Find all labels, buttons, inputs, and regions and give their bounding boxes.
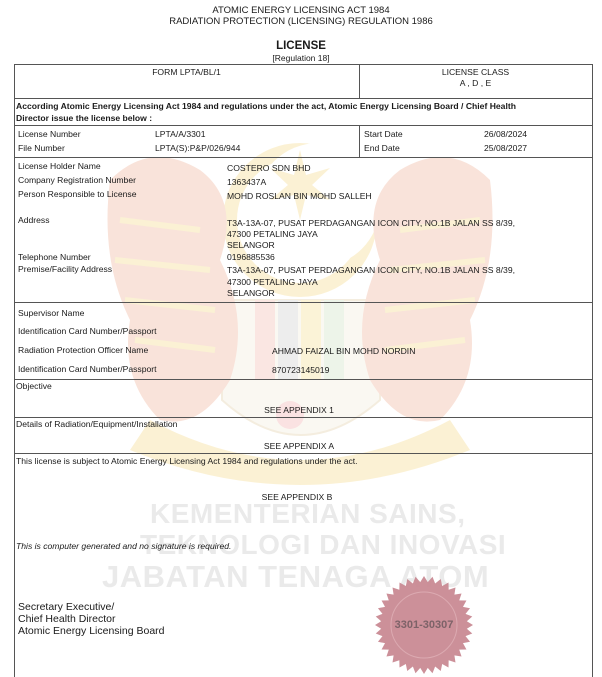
- act-title: ATOMIC ENERGY LICENSING ACT 1984: [0, 5, 602, 16]
- computer-generated-note: This is computer generated and no signat…: [16, 541, 231, 551]
- intro-line-2: Director issue the license below :: [16, 113, 152, 123]
- address-line: SELANGOR: [227, 240, 275, 250]
- license-number: LPTA/A/3301: [155, 129, 205, 139]
- premise-line: 47300 PETALING JAYA: [227, 277, 318, 287]
- rpo-label: Radiation Protection Officer Name: [18, 345, 148, 355]
- holder-name-label: License Holder Name: [18, 161, 101, 171]
- license-class-value: A , D , E: [360, 78, 591, 88]
- signatory-block: Secretary Executive/ Chief Health Direct…: [18, 601, 165, 637]
- premise-label: Premise/Facility Address: [18, 264, 112, 274]
- premise-line: T3A-13A-07, PUSAT PERDAGANGAN ICON CITY,…: [227, 265, 515, 275]
- regulation-reference: [Regulation 18]: [0, 53, 602, 63]
- form-code: FORM LPTA/BL/1: [14, 67, 359, 77]
- license-class-label: LICENSE CLASS: [360, 67, 591, 77]
- address-label: Address: [18, 215, 50, 225]
- signatory-line-3: Atomic Energy Licensing Board: [18, 625, 165, 637]
- premise-line: SELANGOR: [227, 288, 275, 298]
- end-date-label: End Date: [364, 143, 400, 153]
- rpo-ic-label: Identification Card Number/Passport: [18, 364, 157, 374]
- file-number-label: File Number: [18, 143, 65, 153]
- details-value: SEE APPENDIX A: [14, 441, 584, 451]
- address-line: T3A-13A-07, PUSAT PERDAGANGAN ICON CITY,…: [227, 218, 515, 228]
- start-date: 26/08/2024: [484, 129, 527, 139]
- objective-label: Objective: [16, 381, 52, 391]
- license-number-label: License Number: [18, 129, 81, 139]
- person-responsible-label: Person Responsible to License: [18, 189, 136, 199]
- start-date-label: Start Date: [364, 129, 403, 139]
- company-reg: 1363437A: [227, 177, 266, 187]
- rpo-name: AHMAD FAIZAL BIN MOHD NORDIN: [272, 346, 415, 356]
- holder-name: COSTERO SDN BHD: [227, 163, 311, 173]
- divider: [359, 125, 360, 157]
- file-number: LPTA(S):P&P/026/944: [155, 143, 240, 153]
- supervisor-label: Supervisor Name: [18, 308, 84, 318]
- objective-value: SEE APPENDIX 1: [14, 405, 584, 415]
- divider: [14, 379, 592, 380]
- divider: [14, 302, 592, 303]
- document-title: LICENSE: [0, 40, 602, 53]
- divider: [14, 125, 592, 126]
- divider: [14, 453, 592, 454]
- watermark-line-1: KEMENTERIAN SAINS,: [150, 499, 465, 529]
- divider: [14, 417, 592, 418]
- phone: 0196885536: [227, 252, 275, 262]
- rpo-ic: 870723145019: [272, 365, 329, 375]
- company-reg-label: Company Registration Number: [18, 175, 136, 185]
- phone-label: Telephone Number: [18, 252, 91, 262]
- conditions-text: This license is subject to Atomic Energy…: [16, 456, 358, 466]
- signatory-line-1: Secretary Executive/: [18, 601, 165, 613]
- divider: [14, 157, 592, 158]
- divider: [14, 98, 592, 99]
- signatory-line-2: Chief Health Director: [18, 613, 165, 625]
- intro-line-1: According Atomic Energy Licensing Act 19…: [16, 101, 516, 111]
- supervisor-ic-label: Identification Card Number/Passport: [18, 326, 157, 336]
- details-label: Details of Radiation/Equipment/Installat…: [16, 419, 177, 429]
- end-date: 25/08/2027: [484, 143, 527, 153]
- conditions-value: SEE APPENDIX B: [14, 492, 580, 502]
- seal-number: 3301-30307: [374, 619, 474, 631]
- person-responsible: MOHD ROSLAN BIN MOHD SALLEH: [227, 191, 372, 201]
- regulation-title: RADIATION PROTECTION (LICENSING) REGULAT…: [0, 16, 602, 27]
- address-line: 47300 PETALING JAYA: [227, 229, 318, 239]
